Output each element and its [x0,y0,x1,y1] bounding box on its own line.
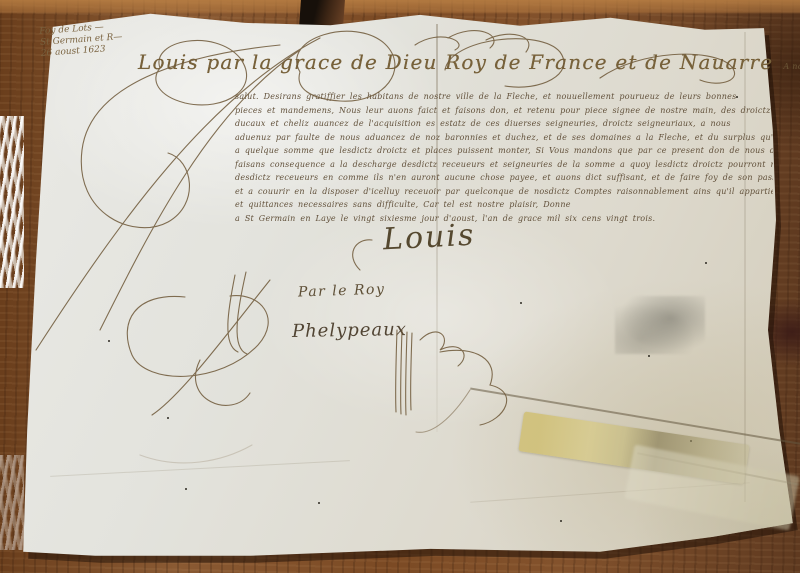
body-line: faisans consequence a la descharge desdi… [235,158,773,172]
handwriting-layer: Foy de Lots — St Germain et R— 26 aoust … [0,0,800,573]
royal-intitulation: Louis par la grace de Dieu Roy de France… [138,50,773,74]
body-line: a quelque somme que lesdictz droictz et … [235,144,773,158]
top-scribble-mark [415,31,529,52]
address-clause: A noz amez et feaulx les gens de noz Com… [783,62,800,71]
horizontal-crease-left [50,460,350,477]
phelypeaux-paraph [416,390,470,432]
phelypeaux-paraph [396,330,412,415]
body-line: et a couurir en la disposer d'icelluy re… [235,185,773,199]
signature-lead-flourish [353,240,372,270]
body-line: salut. Desirans gratiffier les habitans … [235,90,773,104]
heading-line: Louis par la grace de Dieu Roy de France… [138,50,800,74]
par-le-roy-paraph [152,280,270,415]
ink-specks [185,488,187,490]
secretary-signature: Phelypeaux [292,319,407,342]
ink-smudge-stain [615,296,705,354]
body-line: aduenuz par faulte de nous aduancez de n… [235,131,773,145]
par-le-roy-paraph [195,360,250,405]
body-line: desdictz receueurs en comme ils n'en aur… [235,171,773,185]
countersign-label: Par le Roy [298,281,386,300]
body-text: salut. Desirans gratiffier les habitans … [235,90,773,225]
body-line: pieces et mandemens, Nous leur auons fai… [235,104,773,118]
body-line: ducaux et cheliz auancez de l'acquisitio… [235,117,773,131]
par-le-roy-paraph [127,296,268,377]
photograph-of-manuscript: Foy de Lots — St Germain et R— 26 aoust … [0,0,800,573]
body-line: a St Germain en Laye le vingt sixiesme j… [235,212,773,226]
docket-note: Foy de Lots — St Germain et R— 26 aoust … [39,21,124,60]
par-le-roy-paraph [228,272,247,354]
body-line: et quittances necessaires sans difficult… [235,198,773,212]
phelypeaux-paraph [420,332,464,366]
royal-signature: Louis [382,218,476,258]
faint-crease-curve [140,445,252,463]
